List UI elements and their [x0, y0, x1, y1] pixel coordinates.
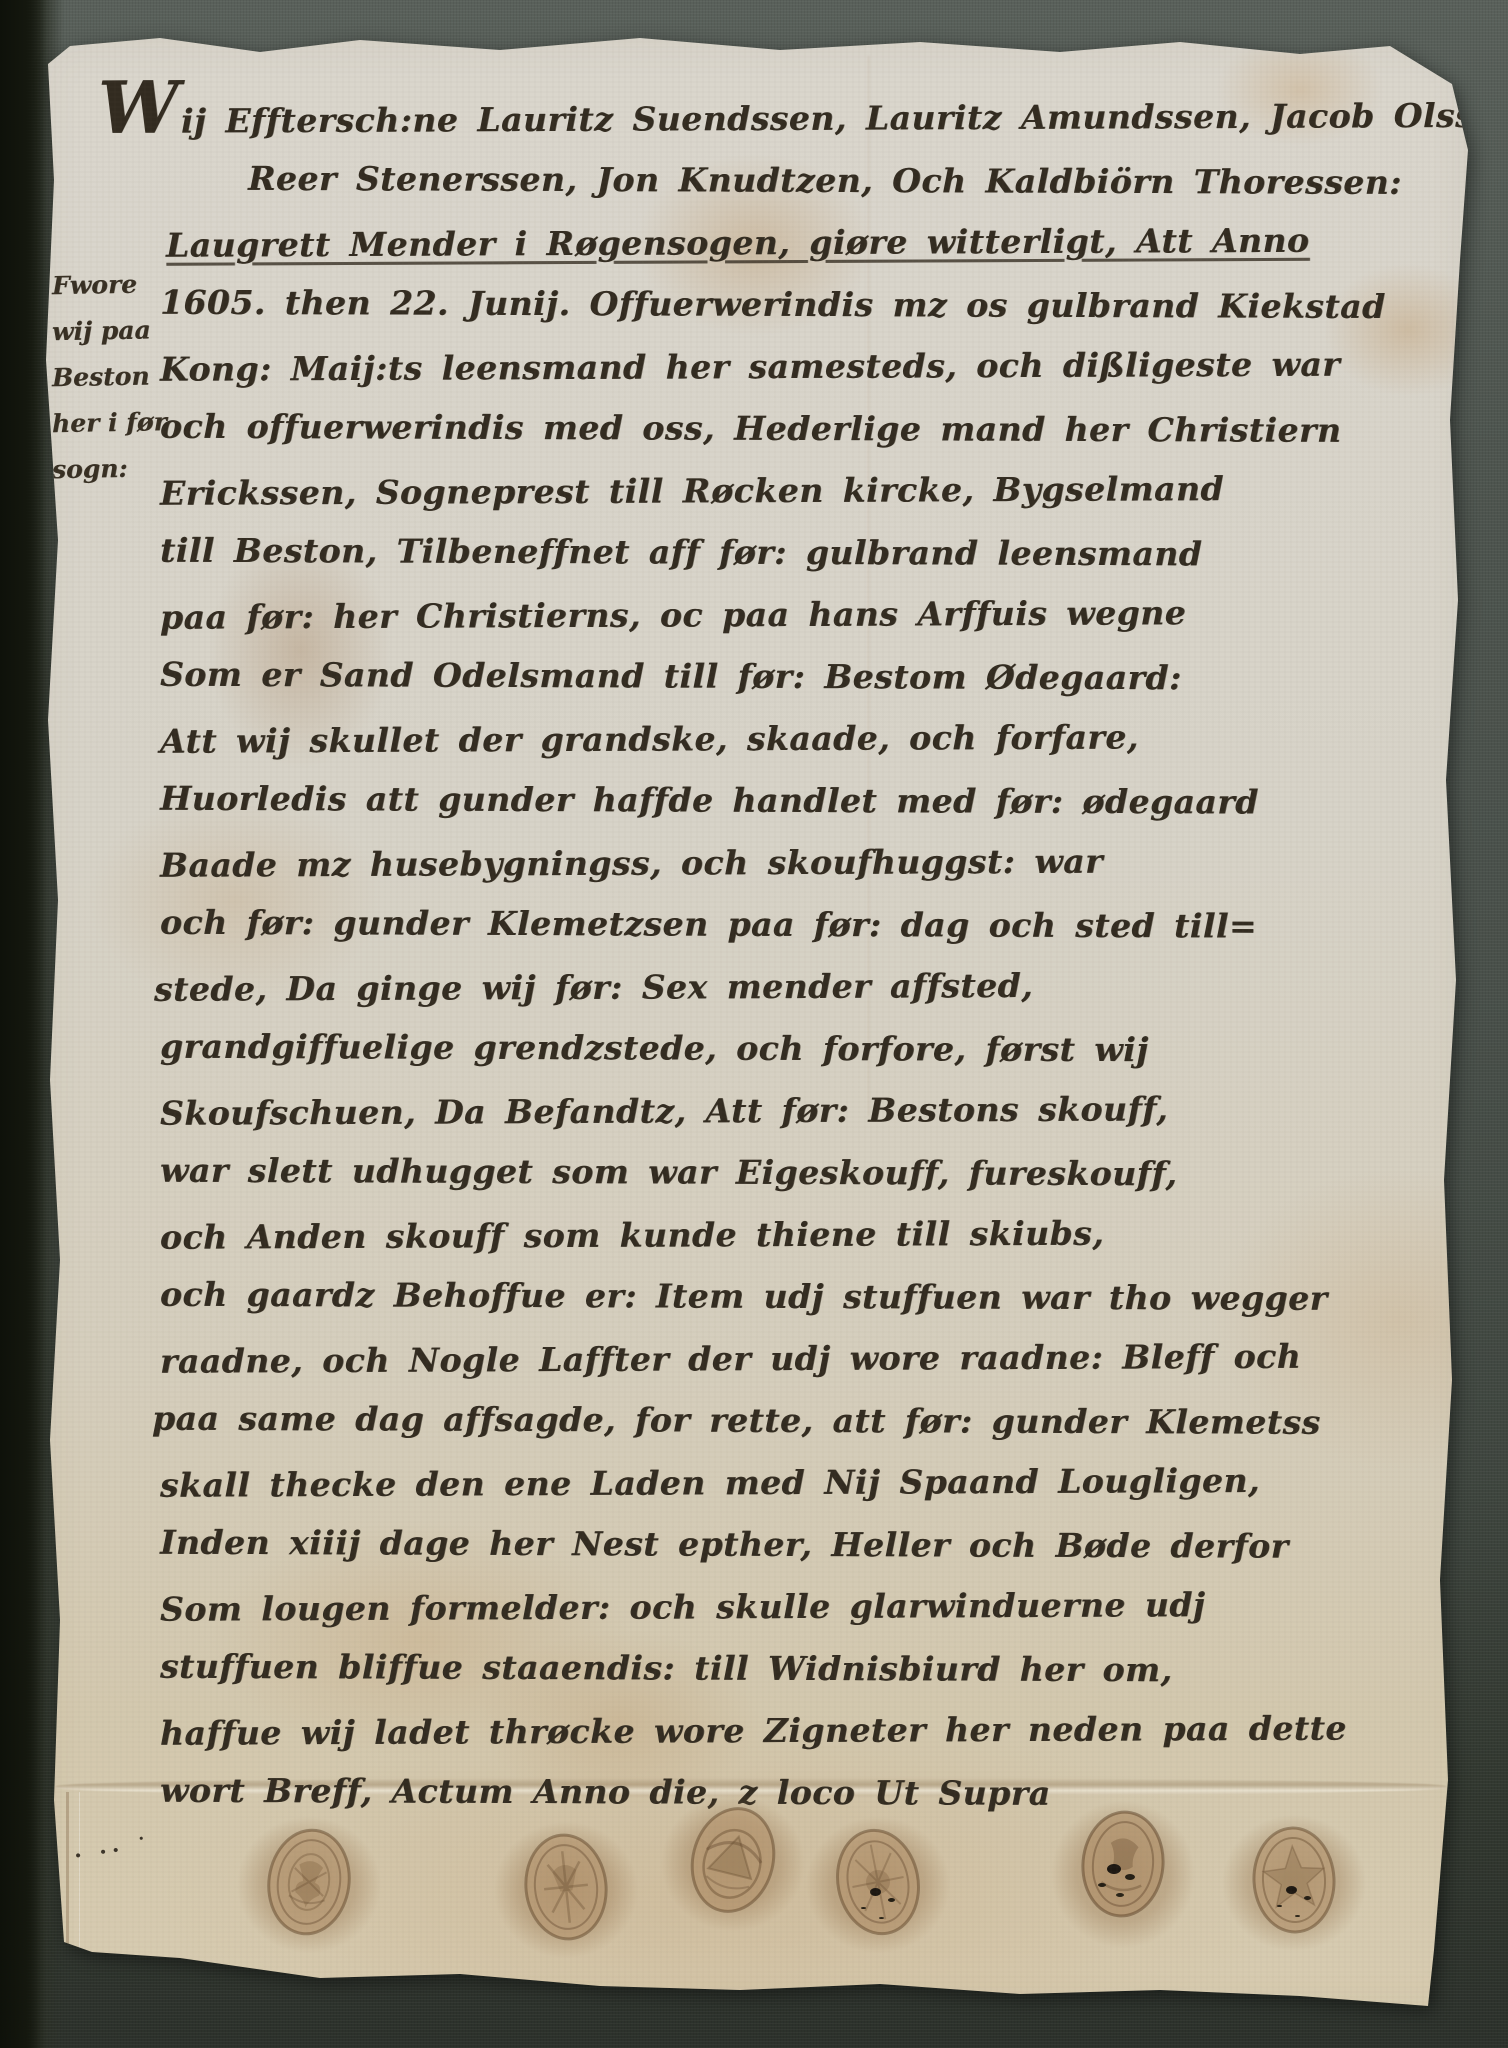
- archive-scan: Fworewij paaBestonher i førsogn: Wij Eff…: [0, 0, 1508, 2048]
- manuscript-line: paa før: her Christierns, oc paa hans Ar…: [160, 581, 1445, 649]
- wax-seal-4: [778, 1790, 978, 1980]
- manuscript-page: Fworewij paaBestonher i førsogn: Wij Eff…: [0, 0, 1508, 2048]
- manuscript-line: Att wij skullet der grandske, skaade, oc…: [160, 705, 1445, 773]
- manuscript-line: Som lougen formelder: och skulle glarwin…: [160, 1573, 1445, 1641]
- folded-edge-line: [66, 1792, 80, 1950]
- manuscript-body: Wij Efftersch:ne Lauritz Suendssen, Laur…: [160, 74, 1445, 1824]
- manuscript-line: Laugrett Mender i Røgensogen, giøre witt…: [166, 209, 1445, 277]
- seal-emboss-icon: [1239, 1813, 1350, 1946]
- manuscript-line: Baade mz husebygningss, och skoufhuggst:…: [160, 829, 1445, 897]
- manuscript-line: och Anden skouff som kunde thiene till s…: [160, 1201, 1445, 1269]
- manuscript-line: Huorledis att gunder haffde handlet med …: [160, 768, 1445, 834]
- manuscript-line: och offuerwerindis med oss, Hederlige ma…: [160, 396, 1445, 462]
- manuscript-line: Erickssen, Sogneprest till Røcken kircke…: [160, 457, 1445, 525]
- manuscript-line: Wij Efftersch:ne Lauritz Suendssen, Laur…: [98, 71, 1445, 153]
- manuscript-line: skall thecke den ene Laden med Nij Spaan…: [160, 1449, 1445, 1517]
- manuscript-line: paa same dag affsagde, for rette, att fø…: [152, 1388, 1445, 1455]
- manuscript-line: grandgiffuelige grendzstede, och forfore…: [160, 1016, 1445, 1082]
- seal-emboss-icon: [1066, 1796, 1181, 1933]
- manuscript-line: war slett udhugget som war Eigeskouff, f…: [160, 1140, 1445, 1206]
- manuscript-line: Kong: Maij:ts leensmand her samesteds, o…: [160, 333, 1445, 401]
- manuscript-line: till Beston, Tilbeneffnet aff før: gulbr…: [160, 520, 1445, 586]
- manuscript-page-wrap: Fworewij paaBestonher i førsogn: Wij Eff…: [0, 0, 1508, 2048]
- wax-seal-6: [1194, 1788, 1394, 1978]
- manuscript-line: och gaardz Behoffue er: Item udj stuffue…: [160, 1264, 1445, 1330]
- manuscript-line: raadne, och Nogle Laffter der udj wore r…: [160, 1325, 1445, 1393]
- ink-specks: · ·· ˙: [73, 1833, 155, 1870]
- manuscript-line: stuffuen bliffue staaendis: till Widnisb…: [160, 1636, 1445, 1702]
- seal-emboss-icon: [508, 1818, 625, 1956]
- manuscript-line: Inden xiiij dage her Nest epther, Heller…: [160, 1512, 1445, 1578]
- manuscript-line: 1605. then 22. Junij. Offuerwerindis mz …: [160, 272, 1445, 338]
- manuscript-line: stede, Da ginge wij før: Sex mender affs…: [154, 953, 1445, 1021]
- manuscript-line: Som er Sand Odelsmand till før: Bestom Ø…: [160, 644, 1445, 710]
- manuscript-line: och før: gunder Klemetzsen paa før: dag …: [160, 892, 1445, 958]
- manuscript-line: Skoufschuen, Da Befandtz, Att før: Besto…: [160, 1077, 1445, 1145]
- wax-seal-1: [209, 1790, 409, 1980]
- manuscript-line: haffue wij ladet thrøcke wore Zigneter h…: [160, 1697, 1445, 1765]
- seal-emboss-icon: [815, 1809, 942, 1954]
- manuscript-line: Reer Stenerssen, Jon Knudtzen, Och Kaldb…: [248, 148, 1445, 214]
- seal-emboss-icon: [249, 1811, 370, 1952]
- wax-seal-5: [1023, 1772, 1223, 1977]
